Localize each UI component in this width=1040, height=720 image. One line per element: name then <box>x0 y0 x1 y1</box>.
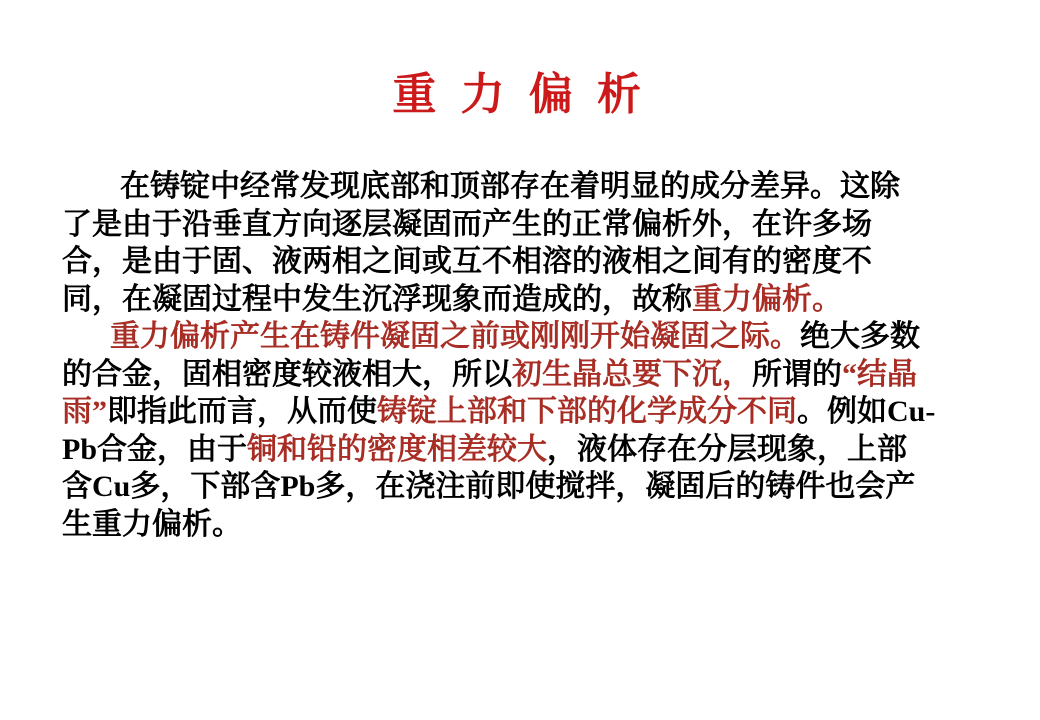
text-line: 的合金，固相密度较液相大，所以初生晶总要下沉，所谓的“结晶 <box>62 356 935 394</box>
text-line: 含Cu多，下部含Pb多，在浇注前即使搅拌，凝固后的铸件也会产 <box>62 468 935 506</box>
text-segment: 生重力偏析。 <box>62 508 242 541</box>
text-segment: ，液体存在分层现象，上部 <box>547 433 907 466</box>
text-line: 合，是由于固、液两相之间或互不相溶的液相之间有的密度不 <box>62 243 935 281</box>
slide: 重 力 偏 析 在铸锭中经常发现底部和顶部存在着明显的成分差异。这除了是由于沿垂… <box>0 0 1040 720</box>
text-segment: 绝大多数 <box>800 320 920 353</box>
text-segment: 含Cu多，下部含Pb多，在浇注前即使搅拌，凝固后的铸件也会产 <box>62 470 915 503</box>
text-line: 同，在凝固过程中发生沉浮现象而造成的，故称重力偏析。 <box>62 281 935 319</box>
text-segment: 的合金，固相密度较液相大，所以 <box>62 358 512 391</box>
text-line: 在铸锭中经常发现底部和顶部存在着明显的成分差异。这除 <box>62 168 935 206</box>
slide-title: 重 力 偏 析 <box>0 58 1040 122</box>
text-segment: 所谓的 <box>752 358 842 391</box>
text-segment: Pb合金，由于 <box>62 433 247 466</box>
text-line: 生重力偏析。 <box>62 506 935 544</box>
text-segment-emphasis: 重力偏析产生在铸件凝固之前或刚刚开始凝固之际。 <box>110 320 800 353</box>
text-line: 了是由于沿垂直方向逐层凝固而产生的正常偏析外，在许多场 <box>62 206 935 244</box>
text-segment-emphasis: “结晶 <box>842 358 917 391</box>
text-segment: 在铸锭中经常发现底部和顶部存在着明显的成分差异。这除 <box>120 170 900 203</box>
text-segment-emphasis: 初生晶总要下沉， <box>512 358 752 391</box>
text-line: 重力偏析产生在铸件凝固之前或刚刚开始凝固之际。绝大多数 <box>62 318 935 356</box>
text-segment: 同，在凝固过程中发生沉浮现象而造成的，故称 <box>62 283 692 316</box>
text-segment-emphasis: 重力偏析。 <box>692 283 842 316</box>
text-line: Pb合金，由于铜和铅的密度相差较大，液体存在分层现象，上部 <box>62 431 935 469</box>
text-segment: 。例如Cu- <box>797 395 935 428</box>
body-text: 在铸锭中经常发现底部和顶部存在着明显的成分差异。这除了是由于沿垂直方向逐层凝固而… <box>62 168 935 543</box>
text-segment-emphasis: 铜和铅的密度相差较大 <box>247 433 547 466</box>
text-segment: 即指此而言，从而使 <box>107 395 377 428</box>
text-segment-emphasis: 雨” <box>62 395 107 428</box>
text-segment: 了是由于沿垂直方向逐层凝固而产生的正常偏析外，在许多场 <box>62 208 872 241</box>
text-segment-emphasis: 铸锭上部和下部的化学成分不同 <box>377 395 797 428</box>
text-segment: 合，是由于固、液两相之间或互不相溶的液相之间有的密度不 <box>62 245 872 278</box>
text-line: 雨”即指此而言，从而使铸锭上部和下部的化学成分不同。例如Cu- <box>62 393 935 431</box>
